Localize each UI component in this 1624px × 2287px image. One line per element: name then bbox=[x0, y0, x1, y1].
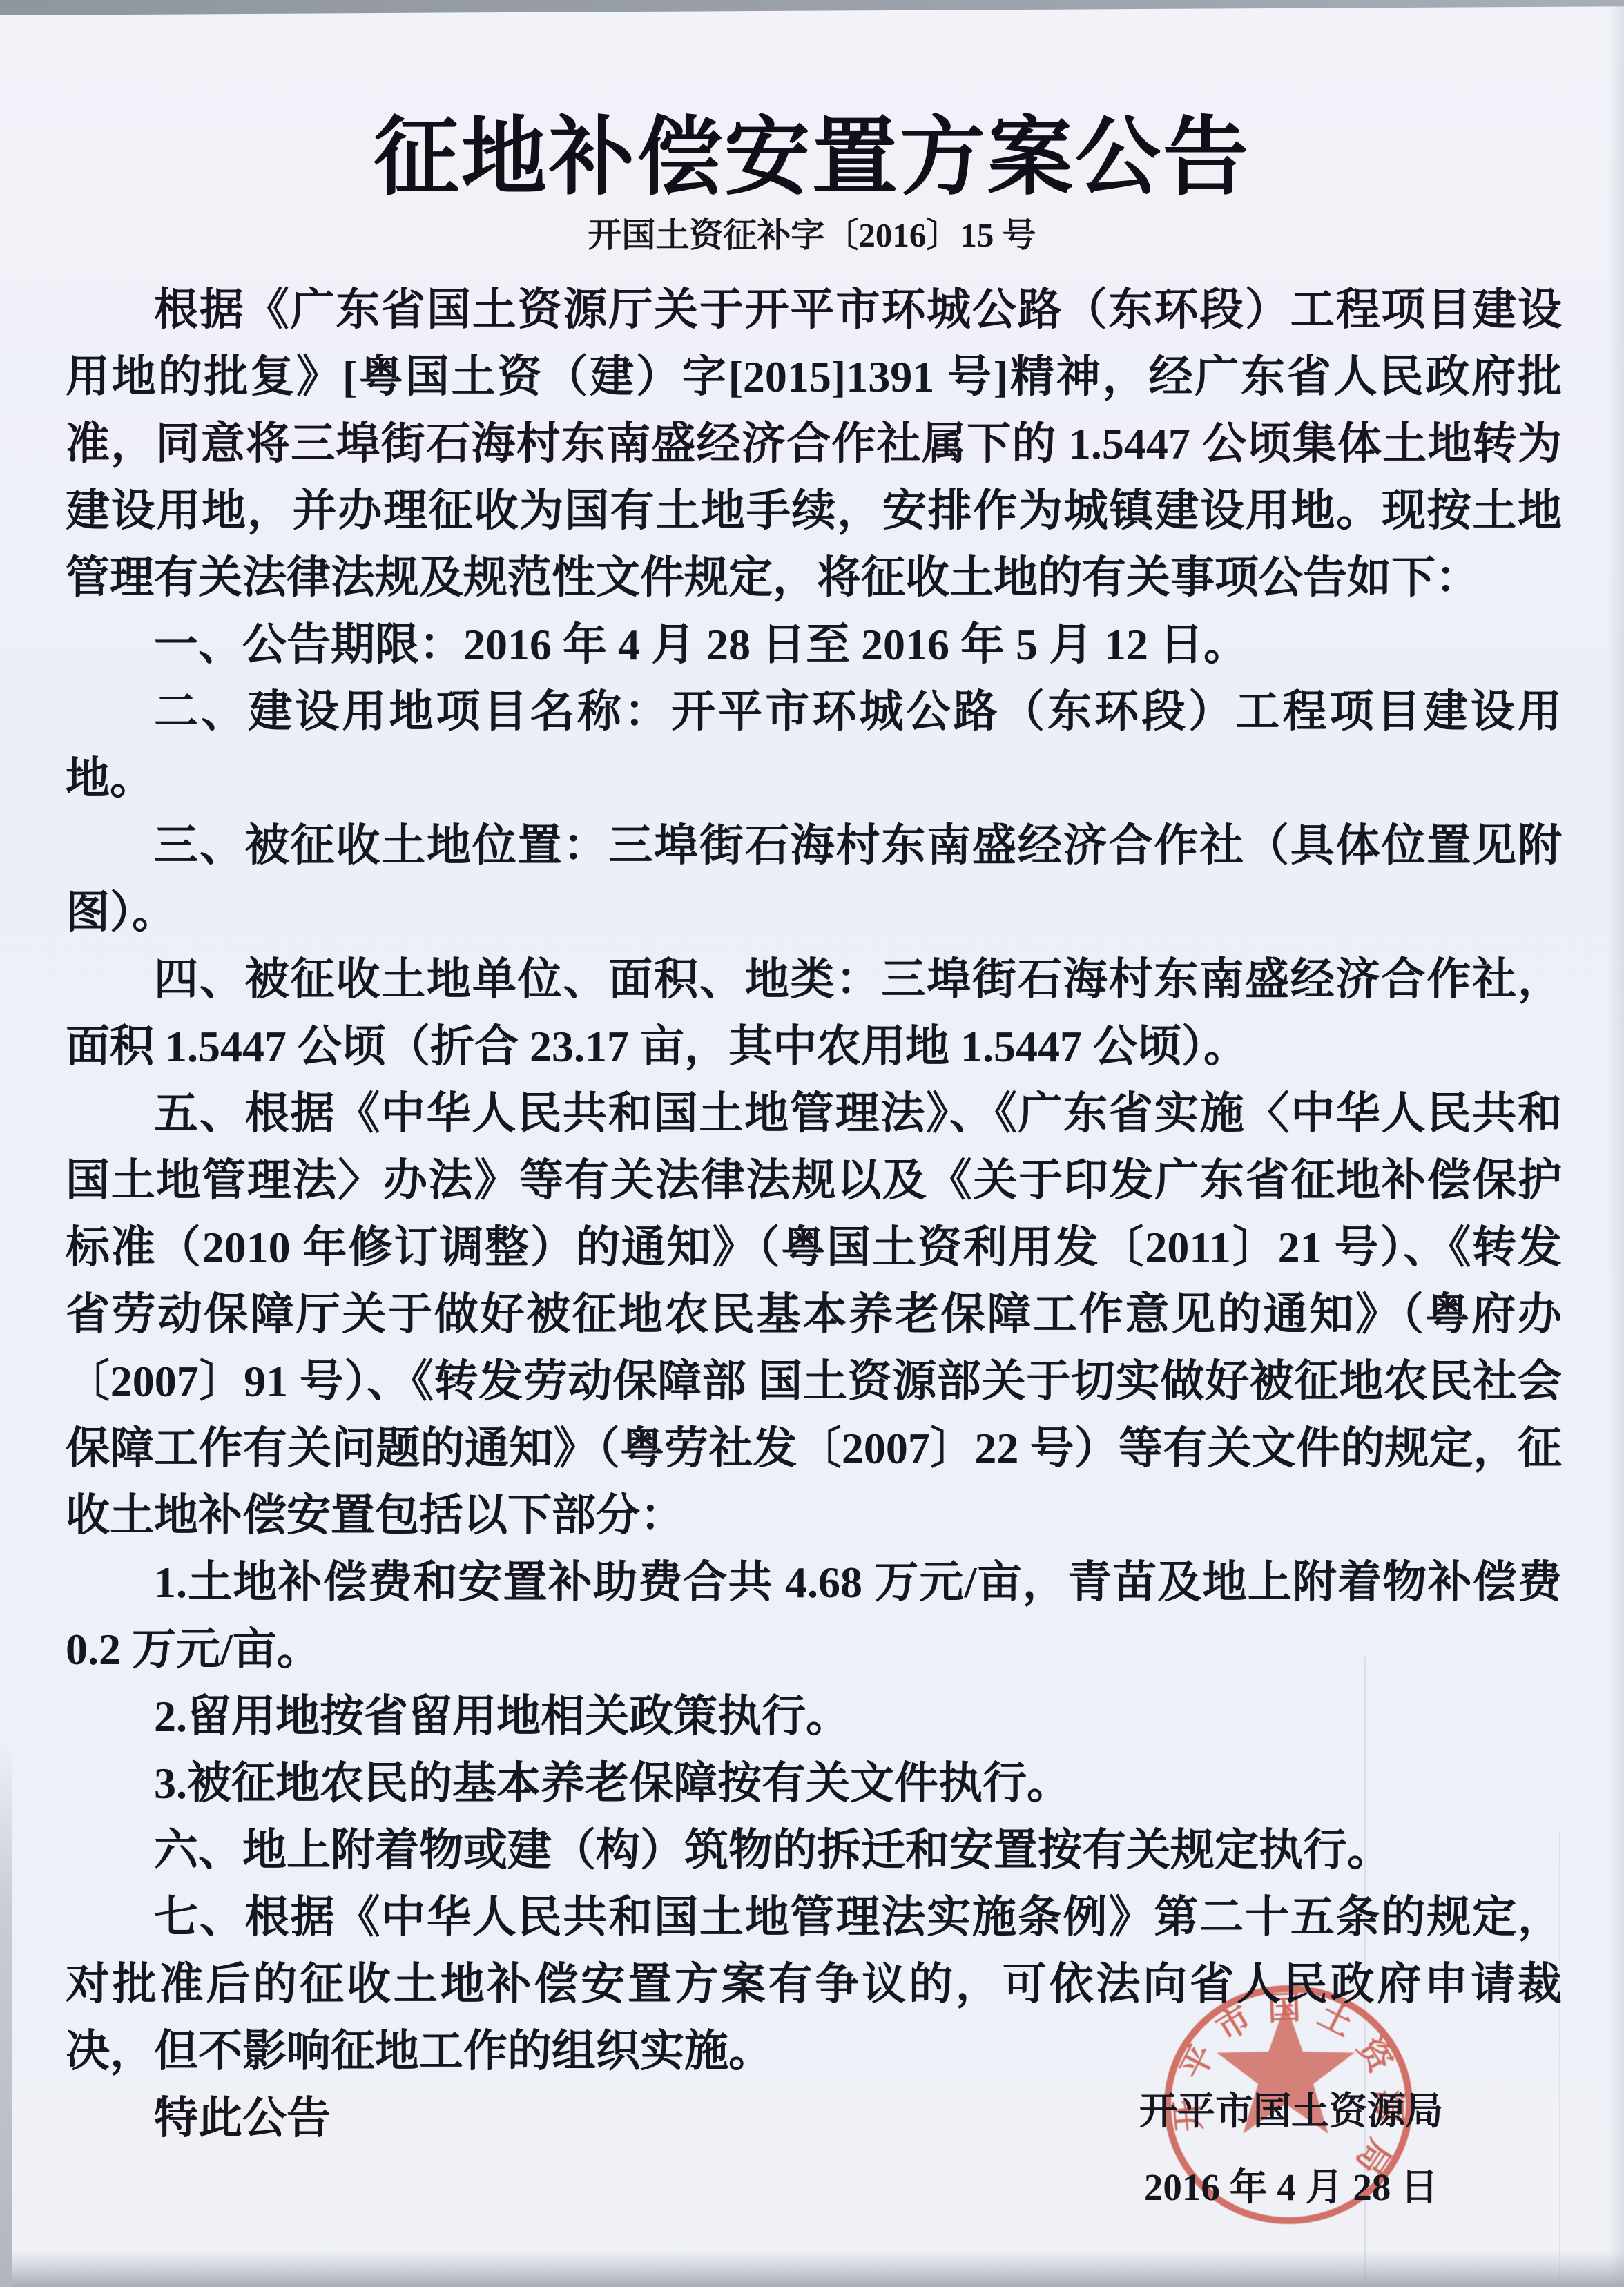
scan-edge-right bbox=[1607, 0, 1624, 2287]
issuer-name: 开平市国土资源局 bbox=[1139, 2084, 1443, 2139]
paragraph-sub-1: 1.土地补偿费和安置补助费合共 4.68 万元/亩，青苗及地上附着物补偿费 0.… bbox=[66, 1549, 1562, 1683]
doc-number: 开国土资征补字〔2016〕15 号 bbox=[0, 209, 1624, 257]
signature-block: 开平市国土资源局 2016 年 4 月 28 日 bbox=[1139, 2084, 1443, 2215]
paragraph-item-1: 一、公告期限：2016 年 4 月 28 日至 2016 年 5 月 12 日。 bbox=[66, 611, 1562, 678]
paragraph-intro: 根据《广东省国土资源厅关于开平市环城公路（东环段）工程项目建设用地的批复》[粤国… bbox=[66, 276, 1562, 611]
scan-edge-top bbox=[0, 0, 1624, 15]
paragraph-item-4: 四、被征收土地单位、面积、地类：三埠街石海村东南盛经济合作社，面积 1.5447… bbox=[66, 946, 1562, 1080]
scan-edge-left bbox=[0, 1740, 12, 2287]
paragraph-item-3: 三、被征收土地位置：三埠街石海村东南盛经济合作社（具体位置见附图）。 bbox=[66, 812, 1562, 946]
scanned-announcement-page: 征地补偿安置方案公告 开国土资征补字〔2016〕15 号 根据《广东省国土资源厅… bbox=[0, 0, 1624, 2287]
paragraph-item-6: 六、地上附着物或建（构）筑物的拆迁和安置按有关规定执行。 bbox=[66, 1817, 1562, 1884]
paragraph-item-2: 二、建设用地项目名称：开平市环城公路（东环段）工程项目建设用地。 bbox=[66, 678, 1562, 812]
paragraph-sub-2: 2.留用地按省留用地相关政策执行。 bbox=[66, 1683, 1562, 1750]
paragraph-sub-3: 3.被征地农民的基本养老保障按有关文件执行。 bbox=[66, 1750, 1562, 1817]
paragraph-item-5: 五、根据《中华人民共和国土地管理法》、《广东省实施〈中华人民共和国土地管理法〉办… bbox=[66, 1080, 1562, 1549]
paragraph-item-7: 七、根据《中华人民共和国土地管理法实施条例》第二十五条的规定，对批准后的征收土地… bbox=[66, 1884, 1562, 2085]
document-body: 根据《广东省国土资源厅关于开平市环城公路（东环段）工程项目建设用地的批复》[粤国… bbox=[66, 276, 1562, 2152]
issue-date: 2016 年 4 月 28 日 bbox=[1139, 2160, 1443, 2215]
scan-edge-bottom bbox=[0, 2251, 1624, 2287]
page-title: 征地补偿安置方案公告 bbox=[0, 88, 1624, 211]
